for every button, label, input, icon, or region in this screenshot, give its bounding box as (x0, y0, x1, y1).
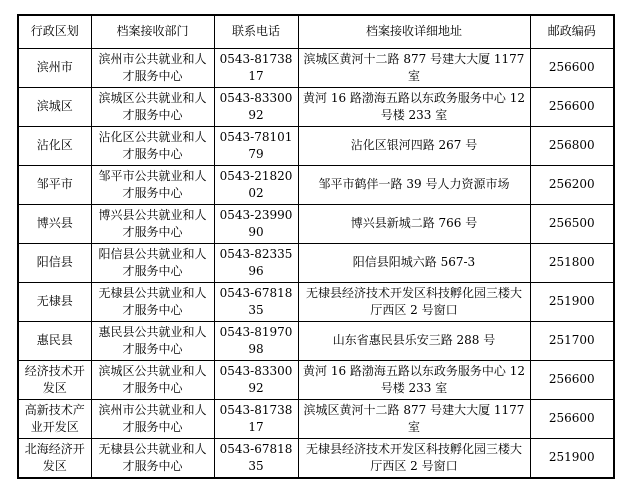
cell-department: 邹平市公共就业和人才服务中心 (91, 165, 214, 204)
cell-department: 滨城区公共就业和人才服务中心 (91, 360, 214, 399)
table-row: 惠民县 惠民县公共就业和人才服务中心 0543-8197098 山东省惠民县乐安… (18, 321, 614, 360)
table-row: 经济技术开发区 滨城区公共就业和人才服务中心 0543-8330092 黄河 1… (18, 360, 614, 399)
cell-address: 滨城区黄河十二路 877 号建大大厦 1177 室 (298, 48, 530, 87)
cell-phone: 0543-8330092 (214, 360, 298, 399)
cell-department: 滨州市公共就业和人才服务中心 (91, 48, 214, 87)
cell-department: 博兴县公共就业和人才服务中心 (91, 204, 214, 243)
cell-address: 邹平市鹤伴一路 39 号人力资源市场 (298, 165, 530, 204)
cell-address: 黄河 16 路渤海五路以东政务服务中心 12 号楼 233 室 (298, 87, 530, 126)
cell-phone: 0543-2182002 (214, 165, 298, 204)
cell-address: 无棣县经济技术开发区科技孵化园三楼大厅西区 2 号窗口 (298, 282, 530, 321)
cell-postal-code: 251800 (530, 243, 614, 282)
table-header: 行政区划 档案接收部门 联系电话 档案接收详细地址 邮政编码 (18, 15, 614, 48)
cell-district: 邹平市 (18, 165, 91, 204)
cell-postal-code: 251900 (530, 282, 614, 321)
cell-phone: 0543-7810179 (214, 126, 298, 165)
cell-postal-code: 256600 (530, 360, 614, 399)
cell-district: 无棣县 (18, 282, 91, 321)
table-row: 无棣县 无棣县公共就业和人才服务中心 0543-6781835 无棣县经济技术开… (18, 282, 614, 321)
header-row: 行政区划 档案接收部门 联系电话 档案接收详细地址 邮政编码 (18, 15, 614, 48)
cell-postal-code: 251700 (530, 321, 614, 360)
table-row: 博兴县 博兴县公共就业和人才服务中心 0543-2399090 博兴县新城二路 … (18, 204, 614, 243)
cell-phone: 0543-6781835 (214, 438, 298, 478)
cell-district: 阳信县 (18, 243, 91, 282)
table-row: 滨城区 滨城区公共就业和人才服务中心 0543-8330092 黄河 16 路渤… (18, 87, 614, 126)
cell-address: 山东省惠民县乐安三路 288 号 (298, 321, 530, 360)
header-postal-code: 邮政编码 (530, 15, 614, 48)
archive-reception-table: 行政区划 档案接收部门 联系电话 档案接收详细地址 邮政编码 滨州市 滨州市公共… (17, 14, 615, 479)
table-row: 沾化区 沾化区公共就业和人才服务中心 0543-7810179 沾化区银河四路 … (18, 126, 614, 165)
cell-district: 惠民县 (18, 321, 91, 360)
table-row: 北海经济开发区 无棣县公共就业和人才服务中心 0543-6781835 无棣县经… (18, 438, 614, 478)
cell-postal-code: 256800 (530, 126, 614, 165)
cell-address: 黄河 16 路渤海五路以东政务服务中心 12 号楼 233 室 (298, 360, 530, 399)
cell-address: 沾化区银河四路 267 号 (298, 126, 530, 165)
cell-phone: 0543-6781835 (214, 282, 298, 321)
cell-phone: 0543-8197098 (214, 321, 298, 360)
table-row: 滨州市 滨州市公共就业和人才服务中心 0543-8173817 滨城区黄河十二路… (18, 48, 614, 87)
cell-district: 北海经济开发区 (18, 438, 91, 478)
cell-phone: 0543-2399090 (214, 204, 298, 243)
cell-phone: 0543-8330092 (214, 87, 298, 126)
cell-phone: 0543-8173817 (214, 399, 298, 438)
cell-phone: 0543-8173817 (214, 48, 298, 87)
cell-district: 滨城区 (18, 87, 91, 126)
cell-department: 滨州市公共就业和人才服务中心 (91, 399, 214, 438)
cell-department: 无棣县公共就业和人才服务中心 (91, 438, 214, 478)
table-row: 阳信县 阳信县公共就业和人才服务中心 0543-8233596 阳信县阳城六路 … (18, 243, 614, 282)
table-row: 高新技术产业开发区 滨州市公共就业和人才服务中心 0543-8173817 滨城… (18, 399, 614, 438)
header-archive-address: 档案接收详细地址 (298, 15, 530, 48)
cell-postal-code: 256600 (530, 87, 614, 126)
header-archive-department: 档案接收部门 (91, 15, 214, 48)
cell-department: 惠民县公共就业和人才服务中心 (91, 321, 214, 360)
table-body: 滨州市 滨州市公共就业和人才服务中心 0543-8173817 滨城区黄河十二路… (18, 48, 614, 478)
cell-department: 阳信县公共就业和人才服务中心 (91, 243, 214, 282)
cell-department: 沾化区公共就业和人才服务中心 (91, 126, 214, 165)
cell-district: 沾化区 (18, 126, 91, 165)
cell-district: 博兴县 (18, 204, 91, 243)
cell-address: 无棣县经济技术开发区科技孵化园三楼大厅西区 2 号窗口 (298, 438, 530, 478)
cell-phone: 0543-8233596 (214, 243, 298, 282)
cell-district: 经济技术开发区 (18, 360, 91, 399)
cell-postal-code: 251900 (530, 438, 614, 478)
cell-department: 无棣县公共就业和人才服务中心 (91, 282, 214, 321)
cell-department: 滨城区公共就业和人才服务中心 (91, 87, 214, 126)
cell-address: 滨城区黄河十二路 877 号建大大厦 1177 室 (298, 399, 530, 438)
table-row: 邹平市 邹平市公共就业和人才服务中心 0543-2182002 邹平市鹤伴一路 … (18, 165, 614, 204)
header-contact-phone: 联系电话 (214, 15, 298, 48)
cell-postal-code: 256500 (530, 204, 614, 243)
cell-address: 阳信县阳城六路 567-3 (298, 243, 530, 282)
cell-postal-code: 256200 (530, 165, 614, 204)
cell-district: 高新技术产业开发区 (18, 399, 91, 438)
cell-postal-code: 256600 (530, 399, 614, 438)
cell-postal-code: 256600 (530, 48, 614, 87)
cell-district: 滨州市 (18, 48, 91, 87)
header-administrative-division: 行政区划 (18, 15, 91, 48)
cell-address: 博兴县新城二路 766 号 (298, 204, 530, 243)
